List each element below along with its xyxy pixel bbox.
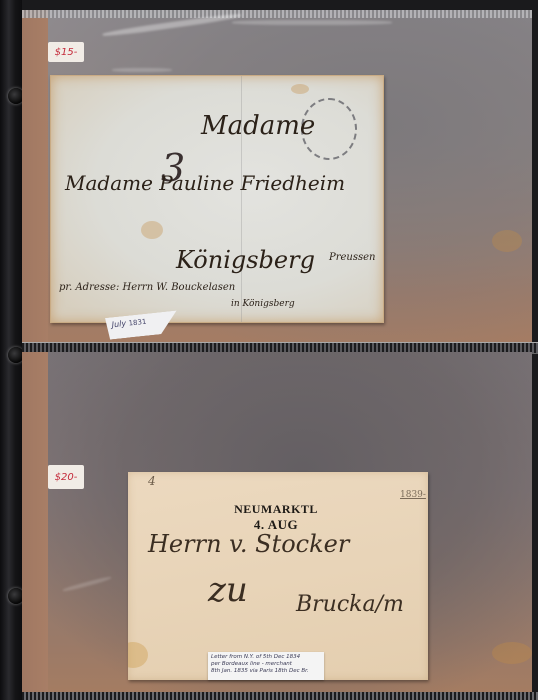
care-of-line: pr. Adresse: Herrn W. Bouckelasen bbox=[59, 282, 235, 293]
corner-number: 4 bbox=[148, 474, 156, 488]
cover-letter-konigsberg[interactable]: Madame 3 Madame Pauline Friedheim Königs… bbox=[50, 75, 384, 323]
sleeve-bottom-edge bbox=[22, 692, 538, 700]
destination-city: Brucka/m bbox=[296, 592, 404, 617]
description-note: Letter from N.Y. of 5th Dec 1834 per Bor… bbox=[208, 652, 324, 680]
addressee-madame: Madame bbox=[201, 111, 315, 141]
page-edge bbox=[22, 10, 48, 342]
prefix-zu: zu bbox=[208, 570, 248, 610]
sleeve-glare bbox=[112, 68, 172, 72]
foxing-stain bbox=[128, 642, 148, 668]
note-line-1: Letter from N.Y. of 5th Dec 1834 bbox=[211, 654, 321, 661]
date-slip-month: July bbox=[111, 319, 126, 329]
addressee: Herrn v. Stocker bbox=[148, 530, 349, 558]
board-stain bbox=[492, 230, 522, 252]
sleeve-glare bbox=[62, 576, 111, 593]
note-line-3: 8th Jan. 1835 via Paris 18th Dec Br. bbox=[211, 668, 321, 675]
board-stain bbox=[492, 642, 532, 664]
sleeve-edge bbox=[22, 10, 532, 18]
note-line-2: per Bordeaux line - merchant bbox=[211, 661, 321, 668]
sleeve-glare bbox=[232, 20, 392, 25]
addressee-full: Madame Pauline Friedheim bbox=[65, 171, 345, 195]
page-edge bbox=[22, 352, 48, 692]
postmark-town: NEUMARKTL bbox=[226, 502, 326, 517]
price-tag-bottom: $20- bbox=[48, 465, 84, 489]
foxing-stain bbox=[141, 221, 163, 239]
foxing-stain bbox=[291, 84, 309, 94]
destination-country: Preussen bbox=[329, 252, 376, 263]
cover-letter-neumarktl[interactable]: 4 1839- NEUMARKTL 4. AUG Herrn v. Stocke… bbox=[128, 472, 428, 680]
price-tag-top: $15- bbox=[48, 42, 84, 62]
year-note: 1839- bbox=[400, 490, 426, 500]
care-of-city: in Königsberg bbox=[231, 299, 295, 309]
date-slip-year: 1831 bbox=[128, 318, 147, 328]
destination-city: Königsberg bbox=[176, 246, 315, 274]
